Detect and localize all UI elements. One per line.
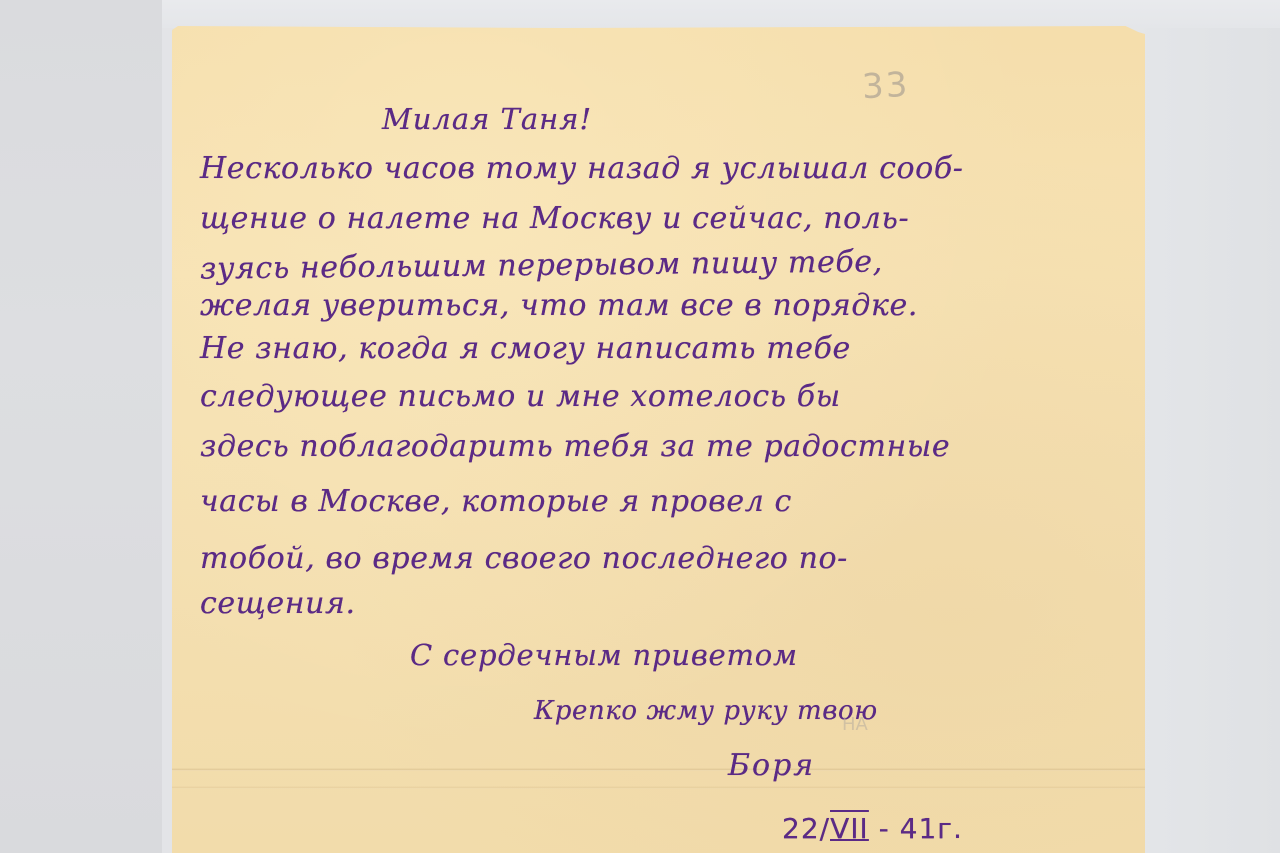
letter-body-line: желая увериться, что там все в порядке. — [200, 288, 918, 323]
letter-salutation: Милая Таня! — [382, 102, 592, 136]
letter-body-line: Не знаю, когда я смогу написать тебе — [200, 331, 851, 366]
letter-body-line: Несколько часов тому назад я услышал соо… — [200, 151, 963, 186]
letter-paper: 33 Милая Таня! Несколько часов тому наза… — [172, 26, 1145, 853]
letter-signature: Боря — [728, 748, 815, 783]
date-dash: - — [869, 812, 900, 845]
paper-fold-line — [172, 786, 1145, 789]
letter-closing: С сердечным приветом — [410, 638, 798, 672]
date-day: 22 — [782, 812, 820, 845]
letter-body-line: здесь поблагодарить тебя за те радостные — [200, 429, 950, 464]
pencil-annotation: НА — [842, 714, 868, 735]
background-surface-left — [0, 0, 162, 853]
letter-body-line: щение о налете на Москву и сейчас, поль- — [200, 201, 909, 236]
letter-date: 22/VII - 41г. — [782, 812, 963, 845]
archive-page-number: 33 — [861, 65, 910, 107]
letter-body-line: часы в Москве, которые я провел с — [200, 484, 792, 519]
date-year: 41г. — [900, 812, 963, 845]
background-surface-top — [162, 0, 1280, 28]
letter-body-line: зуясь небольшим перерывом пишу тебе, — [200, 244, 883, 286]
date-month-roman: VII — [830, 812, 869, 845]
letter-closing-handshake: Крепко жму руку твою — [534, 696, 878, 726]
letter-body-line: следующее письмо и мне хотелось бы — [200, 379, 841, 414]
paper-fold-line — [172, 768, 1145, 771]
letter-body-line: тобой, во время своего последнего по- — [200, 541, 848, 576]
letter-body-line: сещения. — [200, 586, 356, 621]
date-separator: / — [820, 812, 830, 845]
